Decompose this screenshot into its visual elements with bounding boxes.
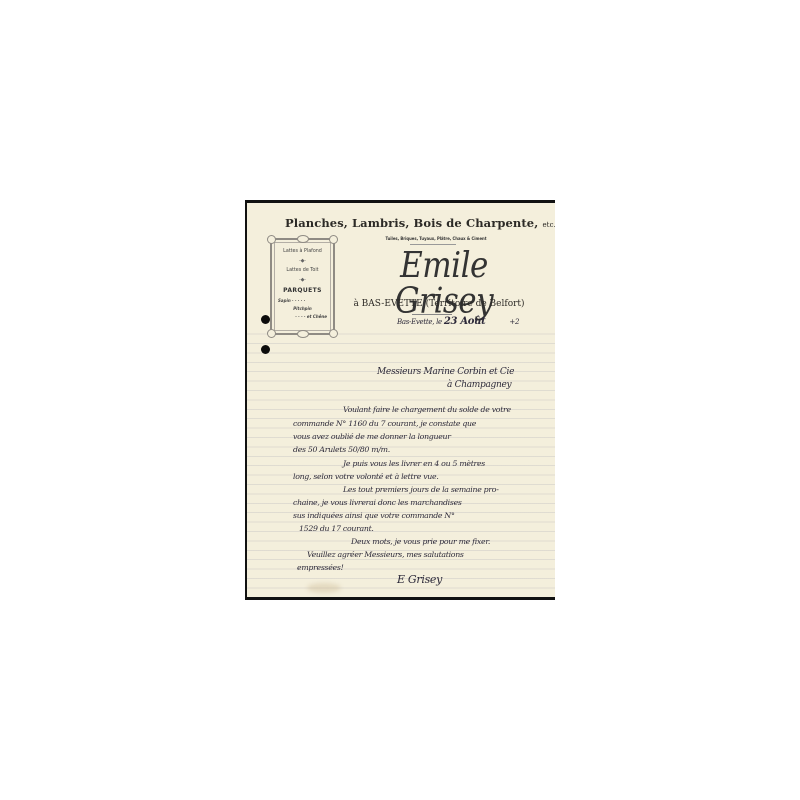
body-line: Je puis vous les livrer en 4 ou 5 mètres xyxy=(343,459,485,468)
body-line: vous avez oublié de me donner la longueu… xyxy=(293,432,451,441)
frame-top-ornament-icon xyxy=(297,235,309,243)
body-line: des 50 Arulets 50/80 m/m. xyxy=(293,445,390,454)
body-line: Les tout premiers jours de la semaine pr… xyxy=(343,485,499,494)
product-lattes-toit: Lattes de Toit xyxy=(272,268,333,273)
product-lattes-plafond: Lattes à Plafond xyxy=(272,249,333,254)
body-line: empressées! xyxy=(297,563,343,572)
frame-corner-ornament-icon xyxy=(267,235,276,244)
body-line: chaine, je vous livrerai donc les marcha… xyxy=(293,498,462,507)
frame-corner-ornament-icon xyxy=(267,329,276,338)
letterhead-main-heading: Planches, Lambris, Bois de Charpente, et… xyxy=(285,216,545,230)
merchant-locality: à BAS-EVETTE (Territoire de Belfort) xyxy=(339,299,539,309)
letter-date: Bas-Evette, le 23 Août +2 xyxy=(397,316,519,327)
product-chene: · · · · et Chêne xyxy=(266,314,327,319)
date-year: +2 xyxy=(509,318,519,326)
date-day-month: 23 Août xyxy=(444,316,486,327)
punch-hole xyxy=(261,345,270,354)
punch-hole xyxy=(261,315,270,324)
diamond-separator-icon: -◆- xyxy=(272,277,333,283)
recipient-name: Messieurs Marine Corbin et Cie xyxy=(377,367,514,377)
main-heading-suffix: etc. xyxy=(542,221,555,229)
locality-rule xyxy=(412,314,452,315)
product-parquets-heading: PARQUETS xyxy=(272,287,333,294)
product-sapin: Sapin · · · · · xyxy=(278,298,339,303)
frame-bottom-ornament-icon xyxy=(297,330,309,338)
letterhead-sub-heading: Tuiles, Briques, Tuyaux, Plâtre, Chaux &… xyxy=(341,236,531,241)
body-line: 1529 du 17 courant. xyxy=(299,524,374,533)
body-line: commande N° 1160 du 7 courant, je consta… xyxy=(293,419,476,428)
frame-corner-ornament-icon xyxy=(329,329,338,338)
recipient-place: à Champagney xyxy=(447,380,511,390)
paper-stain xyxy=(307,583,341,593)
date-prefix: Bas-Evette, le xyxy=(397,318,442,326)
product-pitchpin: Pitchpin xyxy=(272,306,333,311)
frame-corner-ornament-icon xyxy=(329,235,338,244)
body-line: long, selon votre volonté et à lettre vu… xyxy=(293,472,439,481)
products-frame: Lattes à Plafond -◆- Lattes de Toit -◆- … xyxy=(270,238,335,335)
body-line: Deux mots, je vous prie pour me fixer. xyxy=(351,537,490,546)
body-line: Veuillez agréer Messieurs, mes salutatio… xyxy=(307,550,464,559)
body-line: sus indiquées ainsi que votre commande N… xyxy=(293,511,455,520)
diamond-separator-icon: -◆- xyxy=(272,258,333,264)
signature: E Grisey xyxy=(397,573,442,586)
main-heading-text: Planches, Lambris, Bois de Charpente, xyxy=(285,216,538,230)
body-line: Voulant faire le chargement du solde de … xyxy=(343,405,511,414)
letter-paper: Planches, Lambris, Bois de Charpente, et… xyxy=(245,200,555,600)
